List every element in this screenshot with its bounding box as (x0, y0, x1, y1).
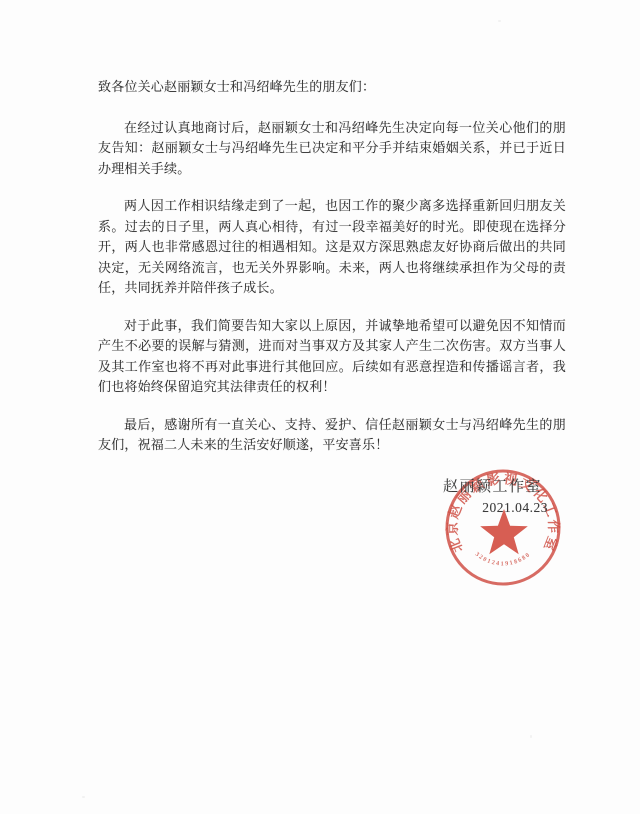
signature-date: 2021.04.23 (443, 500, 548, 516)
paragraph-1: 在经过认真地商讨后，赵丽颖女士和冯绍峰先生决定向每一位关心他们的朋友告知：赵丽颖… (98, 118, 566, 180)
letter-body: 致各位关心赵丽颖女士和冯绍峰先生的朋友们： 在经过认真地商讨后，赵丽颖女士和冯绍… (98, 77, 566, 473)
scan-speck (530, 735, 532, 738)
scan-speck (82, 796, 85, 798)
svg-text:3201241918680: 3201241918680 (474, 551, 533, 568)
paragraph-4: 最后，感谢所有一直关心、支持、爱护、信任赵丽颖女士与冯绍峰先生的朋友们，祝福二人… (98, 415, 566, 456)
scanned-letter-page: 致各位关心赵丽颖女士和冯绍峰先生的朋友们： 在经过认真地商讨后，赵丽颖女士和冯绍… (0, 0, 640, 814)
paragraph-3: 对于此事，我们简要告知大家以上原因，并诚挚地希望可以避免因不知情而产生不必要的误… (98, 316, 566, 398)
scan-speck (498, 20, 501, 22)
signature-block: 赵丽颖工作室 2021.04.23 (443, 479, 548, 516)
paragraph-2: 两人因工作相识结缘走到了一起，也因工作的聚少离多选择重新回归朋友关系。过去的日子… (98, 196, 566, 299)
signature-text: 赵丽颖工作室 (443, 479, 542, 496)
salutation: 致各位关心赵丽颖女士和冯绍峰先生的朋友们： (98, 77, 566, 98)
seal-serial-number: 3201241918680 (474, 551, 533, 568)
